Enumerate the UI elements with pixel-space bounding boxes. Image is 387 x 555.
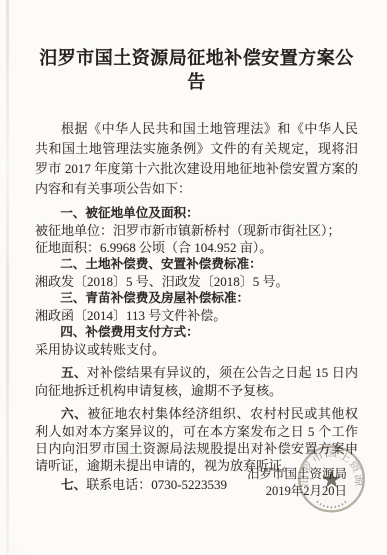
section-1-line: 被征地单位：汨罗市新市镇新桥村（现新市街社区）； xyxy=(35,222,358,239)
seal-bottom-marks xyxy=(317,502,346,508)
section-3-line: 湘政函〔2014〕113 号文件补偿。 xyxy=(35,307,358,324)
section-land-unit-area: 一、被征地单位及面积： 被征地单位：汨罗市新市镇新桥村（现新市街社区）； 征地面… xyxy=(35,205,358,256)
signature-org: 汨罗市国土资源局 xyxy=(247,466,347,483)
section-2-line: 湘政发〔2018〕5 号、汨政发〔2018〕5 号。 xyxy=(35,273,358,290)
signature-block: 汨罗市国土资源局 2019年2月20日 xyxy=(247,466,347,499)
section-compensation-standard: 二、土地补偿费、安置补偿费标准： 湘政发〔2018〕5 号、汨政发〔2018〕5… xyxy=(35,256,358,290)
item-5-number: 五、 xyxy=(61,366,87,380)
item-6-number: 六、 xyxy=(61,407,87,421)
section-4-heading: 四、补偿费用支付方式： xyxy=(35,324,358,341)
scan-edge-artifact xyxy=(6,0,9,555)
section-4-line: 采用协议或转账支付。 xyxy=(35,341,358,358)
item-5-objection-review: 五、对补偿结果有异议的，须在公告之日起 15 日内向征地拆迁机构申请复核，逾期不… xyxy=(35,364,358,399)
item-6-hearing-request: 六、被征地农村集体经济组织、农村村民或其他权利人如对本方案异议的，可在本方案发布… xyxy=(35,405,358,474)
section-payment-method: 四、补偿费用支付方式： 采用协议或转账支付。 xyxy=(35,324,358,358)
scanned-document-page: 汨罗市国土资源局征地补偿安置方案公告 根据《中华人民共和国土地管理法》和《中华人… xyxy=(0,0,387,555)
section-3-heading: 三、青苗补偿费及房屋补偿标准： xyxy=(35,290,358,307)
page-title: 汨罗市国土资源局征地补偿安置方案公告 xyxy=(35,46,358,94)
signature-date: 2019年2月20日 xyxy=(247,483,347,500)
section-crop-house-standard: 三、青苗补偿费及房屋补偿标准： 湘政函〔2014〕113 号文件补偿。 xyxy=(35,290,358,324)
section-2-heading: 二、土地补偿费、安置补偿费标准： xyxy=(35,256,358,273)
section-1-heading: 一、被征地单位及面积： xyxy=(35,205,358,222)
section-1-line: 征地面积：6.9968 公顷（合 104.952 亩）。 xyxy=(35,239,358,256)
item-7-text: 联系电话：0730-5223539 xyxy=(86,477,227,492)
item-7-number: 七、 xyxy=(61,478,86,492)
intro-paragraph: 根据《中华人民共和国土地管理法》和《中华人民共和国土地管理法实施条例》文件的有关… xyxy=(35,119,358,199)
document-body: 汨罗市国土资源局征地补偿安置方案公告 根据《中华人民共和国土地管理法》和《中华人… xyxy=(35,0,358,494)
